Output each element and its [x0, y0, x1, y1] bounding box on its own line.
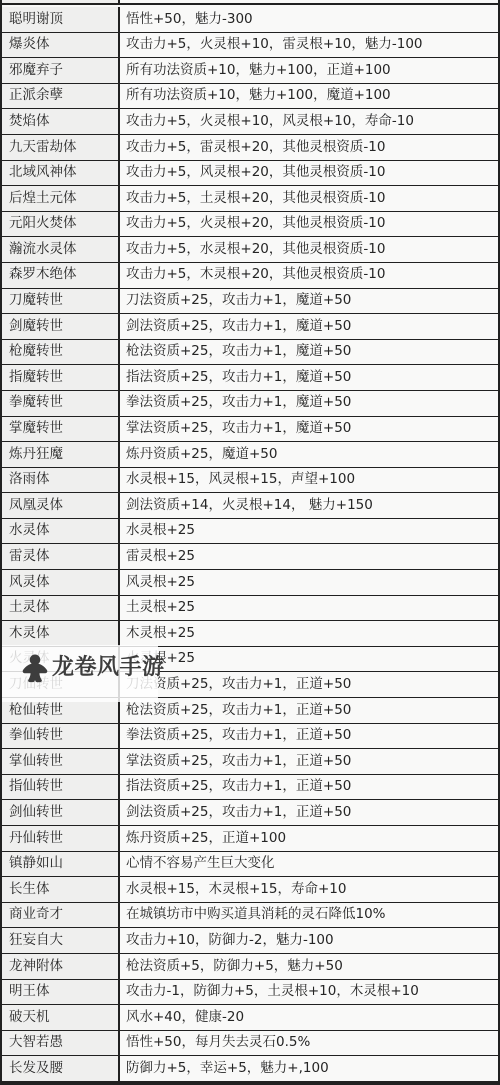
trait-name-cell: 大智若愚: [2, 1031, 120, 1056]
table-row: 瀚流水灵体攻击力+5，水灵根+20，其他灵根资质-10: [2, 237, 498, 263]
trait-name-cell: 狂妄自大: [2, 928, 120, 953]
trait-name-cell: 掌魔转世: [2, 417, 120, 442]
trait-name-cell: 雷灵体: [2, 544, 120, 569]
table-row: 破天机风水+40，健康-20: [2, 1005, 498, 1031]
table-row: 九天雷劫体攻击力+5，雷灵根+20，其他灵根资质-10: [2, 135, 498, 161]
trait-effect-cell: 攻击力+10，防御力-2，魅力-100: [120, 928, 498, 953]
table-row: 剑仙转世剑法资质+25，攻击力+1，正道+50: [2, 800, 498, 826]
table-row: 焚焰体攻击力+5，火灵根+10，风灵根+10，寿命-10: [2, 109, 498, 135]
trait-effect-cell: 炼丹资质+25，魔道+50: [120, 442, 498, 467]
trait-effect-cell: 攻击力+5，雷灵根+20，其他灵根资质-10: [120, 135, 498, 160]
trait-effect-cell: 刀法资质+25，攻击力+1，魔道+50: [120, 289, 498, 314]
trait-effect-cell: 掌法资质+25，攻击力+1，正道+50: [120, 749, 498, 774]
watermark: 龙卷风手游: [0, 645, 240, 703]
trait-effect-cell: 攻击力+5，风灵根+20，其他灵根资质-10: [120, 161, 498, 186]
trait-name-cell: 掌仙转世: [2, 749, 120, 774]
table-row: 后煌土元体攻击力+5，土灵根+20，其他灵根资质-10: [2, 186, 498, 212]
trait-name-cell: 指仙转世: [2, 775, 120, 800]
trait-name-cell: 枪魔转世: [2, 340, 120, 365]
table-row: 凤凰灵体剑法资质+14，火灵根+14， 魅力+150: [2, 493, 498, 519]
trait-effect-cell: 风灵根+25: [120, 570, 498, 595]
table-row: 风灵体风灵根+25: [2, 570, 498, 596]
trait-name-cell: 镇静如山: [2, 852, 120, 877]
trait-effect-cell: 防御力+5，幸运+5，魅力+,100: [120, 1056, 498, 1081]
trait-effect-cell: 枪法资质+25，攻击力+1，魔道+50: [120, 340, 498, 365]
trait-name-cell: 九天雷劫体: [2, 135, 120, 160]
trait-effect-cell: 剑法资质+25，攻击力+1，正道+50: [120, 800, 498, 825]
table-row: 拳魔转世拳法资质+25，攻击力+1，魔道+50: [2, 391, 498, 417]
trait-name-cell: 龙神附体: [2, 954, 120, 979]
trait-effect-cell: 所有功法资质+10，魅力+100，魔道+100: [120, 84, 498, 109]
trait-name-cell: 森罗木绝体: [2, 263, 120, 288]
trait-effect-cell: 在城镇坊市中购买道具消耗的灵石降低10%: [120, 903, 498, 928]
table-row: 长发及腰防御力+5，幸运+5，魅力+,100: [2, 1056, 498, 1081]
table-row: 丹仙转世炼丹资质+25，正道+100: [2, 826, 498, 852]
table-row: 商业奇才在城镇坊市中购买道具消耗的灵石降低10%: [2, 903, 498, 929]
trait-name-cell: 长发及腰: [2, 1056, 120, 1081]
trait-name-cell: 明王体: [2, 980, 120, 1005]
table-row: 邪魔弃子所有功法资质+10，魅力+100，正道+100: [2, 58, 498, 84]
table-row: 枪魔转世枪法资质+25，攻击力+1，魔道+50: [2, 340, 498, 366]
trait-effect-cell: 水灵根+15，木灵根+15，寿命+10: [120, 877, 498, 902]
trait-effect-cell: 指法资质+25，攻击力+1，正道+50: [120, 775, 498, 800]
table-row: 明王体攻击力-1，防御力+5，土灵根+10，木灵根+10: [2, 980, 498, 1006]
trait-effect-cell: 攻击力+5，木灵根+20，其他灵根资质-10: [120, 263, 498, 288]
trait-name-cell: 后煌土元体: [2, 186, 120, 211]
trait-name-cell: 洛雨体: [2, 468, 120, 493]
trait-name-cell: 刀魔转世: [2, 289, 120, 314]
trait-name-cell: 商业奇才: [2, 903, 120, 928]
trait-name-cell: 凤凰灵体: [2, 493, 120, 518]
partial-top-row: [2, 0, 498, 5]
partial-name-cell: [2, 0, 120, 3]
table-row: 掌魔转世掌法资质+25，攻击力+1，魔道+50: [2, 417, 498, 443]
trait-name-cell: 瀚流水灵体: [2, 237, 120, 262]
table-row: 炼丹狂魔炼丹资质+25，魔道+50: [2, 442, 498, 468]
table-row: 聪明谢顶悟性+50，魅力-300: [2, 7, 498, 33]
trait-effect-cell: 土灵根+25: [120, 596, 498, 621]
trait-effect-cell: 悟性+50，每月失去灵石0.5%: [120, 1031, 498, 1056]
trait-name-cell: 拳仙转世: [2, 724, 120, 749]
trait-effect-cell: 心情不容易产生巨大变化: [120, 852, 498, 877]
trait-name-cell: 指魔转世: [2, 365, 120, 390]
trait-effect-cell: 攻击力+5，土灵根+20，其他灵根资质-10: [120, 186, 498, 211]
trait-effect-cell: 所有功法资质+10，魅力+100，正道+100: [120, 58, 498, 83]
trait-effect-cell: 木灵根+25: [120, 621, 498, 646]
trait-effect-cell: 攻击力+5，火灵根+10，风灵根+10，寿命-10: [120, 109, 498, 134]
traits-table: 聪明谢顶悟性+50，魅力-300爆炎体攻击力+5，火灵根+10，雷灵根+10，魅…: [0, 0, 500, 1085]
trait-effect-cell: 剑法资质+14，火灵根+14， 魅力+150: [120, 493, 498, 518]
table-row: 洛雨体水灵根+15，风灵根+15，声望+100: [2, 468, 498, 494]
table-row: 大智若愚悟性+50，每月失去灵石0.5%: [2, 1031, 498, 1057]
table-row: 指魔转世指法资质+25，攻击力+1，魔道+50: [2, 365, 498, 391]
table-row: 龙神附体枪法资质+5，防御力+5，魅力+50: [2, 954, 498, 980]
table-row: 正派余孽所有功法资质+10，魅力+100，魔道+100: [2, 84, 498, 110]
trait-name-cell: 拳魔转世: [2, 391, 120, 416]
trait-name-cell: 丹仙转世: [2, 826, 120, 851]
trait-name-cell: 元阳火焚体: [2, 212, 120, 237]
trait-effect-cell: 枪法资质+5，防御力+5，魅力+50: [120, 954, 498, 979]
table-row: 北域风神体攻击力+5，风灵根+20，其他灵根资质-10: [2, 161, 498, 187]
table-row: 森罗木绝体攻击力+5，木灵根+20，其他灵根资质-10: [2, 263, 498, 289]
trait-name-cell: 剑魔转世: [2, 314, 120, 339]
partial-effect-cell: [120, 0, 498, 3]
trait-name-cell: 风灵体: [2, 570, 120, 595]
trait-name-cell: 邪魔弃子: [2, 58, 120, 83]
trait-name-cell: 焚焰体: [2, 109, 120, 134]
trait-name-cell: 北域风神体: [2, 161, 120, 186]
trait-name-cell: 剑仙转世: [2, 800, 120, 825]
trait-effect-cell: 攻击力+5，水灵根+20，其他灵根资质-10: [120, 237, 498, 262]
trait-effect-cell: 水灵根+25: [120, 519, 498, 544]
trait-name-cell: 聪明谢顶: [2, 7, 120, 32]
trait-effect-cell: 掌法资质+25，攻击力+1，魔道+50: [120, 417, 498, 442]
table-row: 镇静如山心情不容易产生巨大变化: [2, 852, 498, 878]
table-body: 聪明谢顶悟性+50，魅力-300爆炎体攻击力+5，火灵根+10，雷灵根+10，魅…: [2, 7, 498, 1081]
table-row: 刀魔转世刀法资质+25，攻击力+1，魔道+50: [2, 289, 498, 315]
trait-effect-cell: 悟性+50，魅力-300: [120, 7, 498, 32]
table-row: 木灵体木灵根+25: [2, 621, 498, 647]
trait-name-cell: 炼丹狂魔: [2, 442, 120, 467]
table-row: 元阳火焚体攻击力+5，火灵根+20，其他灵根资质-10: [2, 212, 498, 238]
trait-name-cell: 长生体: [2, 877, 120, 902]
trait-effect-cell: 剑法资质+25，攻击力+1，魔道+50: [120, 314, 498, 339]
trait-name-cell: 爆炎体: [2, 33, 120, 58]
trait-name-cell: 土灵体: [2, 596, 120, 621]
trait-effect-cell: 指法资质+25，攻击力+1，魔道+50: [120, 365, 498, 390]
table-row: 狂妄自大攻击力+10，防御力-2，魅力-100: [2, 928, 498, 954]
trait-effect-cell: 拳法资质+25，攻击力+1，魔道+50: [120, 391, 498, 416]
trait-effect-cell: 拳法资质+25，攻击力+1，正道+50: [120, 724, 498, 749]
trait-effect-cell: 炼丹资质+25，正道+100: [120, 826, 498, 851]
meeple-icon: [21, 654, 49, 683]
table-row: 雷灵体雷灵根+25: [2, 544, 498, 570]
table-row: 爆炎体攻击力+5，火灵根+10，雷灵根+10，魅力-100: [2, 33, 498, 59]
trait-effect-cell: 攻击力+5，火灵根+20，其他灵根资质-10: [120, 212, 498, 237]
trait-effect-cell: 攻击力+5，火灵根+10，雷灵根+10，魅力-100: [120, 33, 498, 58]
table-row: 水灵体水灵根+25: [2, 519, 498, 545]
table-row: 拳仙转世拳法资质+25，攻击力+1，正道+50: [2, 724, 498, 750]
trait-effect-cell: 攻击力-1，防御力+5，土灵根+10，木灵根+10: [120, 980, 498, 1005]
trait-name-cell: 正派余孽: [2, 84, 120, 109]
table-row: 土灵体土灵根+25: [2, 596, 498, 622]
table-row: 掌仙转世掌法资质+25，攻击力+1，正道+50: [2, 749, 498, 775]
trait-effect-cell: 雷灵根+25: [120, 544, 498, 569]
table-row: 长生体水灵根+15，木灵根+15，寿命+10: [2, 877, 498, 903]
trait-effect-cell: 风水+40，健康-20: [120, 1005, 498, 1030]
trait-effect-cell: 水灵根+15，风灵根+15，声望+100: [120, 468, 498, 493]
trait-name-cell: 水灵体: [2, 519, 120, 544]
trait-name-cell: 木灵体: [2, 621, 120, 646]
table-row: 剑魔转世剑法资质+25，攻击力+1，魔道+50: [2, 314, 498, 340]
watermark-brand-text: 龙卷风手游: [52, 650, 165, 681]
trait-name-cell: 破天机: [2, 1005, 120, 1030]
table-row: 指仙转世指法资质+25，攻击力+1，正道+50: [2, 775, 498, 801]
